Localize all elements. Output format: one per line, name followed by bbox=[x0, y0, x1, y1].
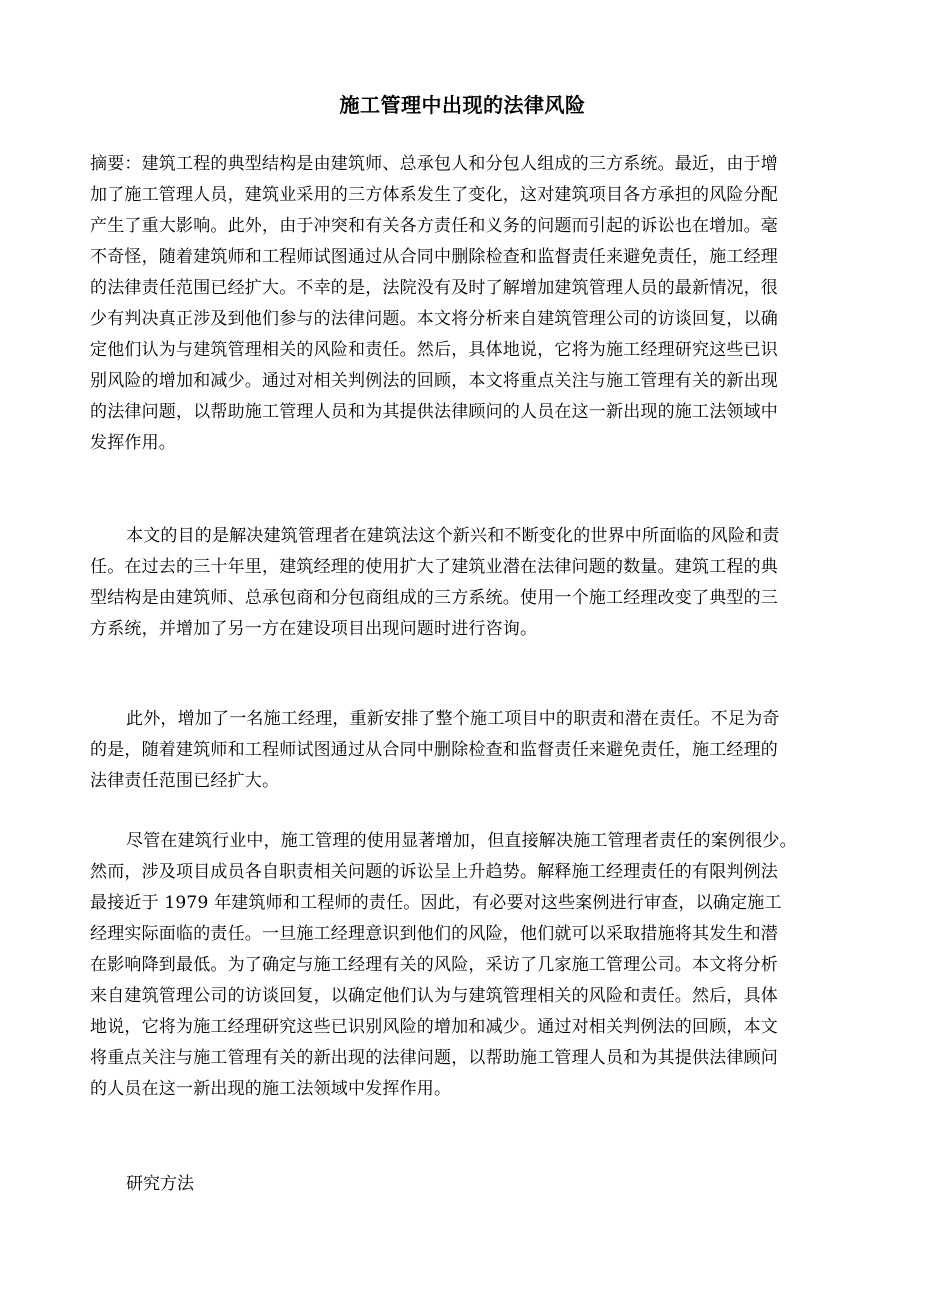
section-heading: 研究方法 bbox=[126, 1169, 194, 1200]
text-line: 在影响降到最低。为了确定与施工经理有关的风险，采访了几家施工管理公司。本文将分析 bbox=[90, 950, 850, 981]
text-line: 定他们认为与建筑管理相关的风险和责任。然后，具体地说，它将为施工经理研究这些已识 bbox=[90, 335, 850, 366]
text-line: 产生了重大影响。此外，由于冲突和有关各方责任和义务的问题而引起的诉讼也在增加。毫 bbox=[90, 211, 850, 242]
document-page: 施工管理中出现的法律风险 摘要：建筑工程的典型结构是由建筑师、总承包人和分包人组… bbox=[0, 0, 925, 1309]
text-line: 最接近于 1979 年建筑师和工程师的责任。因此，有必要对这些案例进行审查，以确… bbox=[90, 888, 850, 919]
text-line: 的法律问题，以帮助施工管理人员和为其提供法律顾问的人员在这一新出现的施工法领域中 bbox=[90, 397, 850, 428]
text-line: 的人员在这一新出现的施工法领域中发挥作用。 bbox=[90, 1074, 850, 1105]
text-line: 别风险的增加和减少。通过对相关判例法的回顾，本文将重点关注与施工管理有关的新出现 bbox=[90, 366, 850, 397]
text-line: 方系统，并增加了另一方在建设项目出现问题时进行咨询。 bbox=[90, 614, 850, 645]
text-line: 的法律责任范围已经扩大。不幸的是，法院没有及时了解增加建筑管理人员的最新情况，很 bbox=[90, 273, 850, 304]
text-line: 加了施工管理人员，建筑业采用的三方体系发生了变化，这对建筑项目各方承担的风险分配 bbox=[90, 180, 850, 211]
text-line: 本文的目的是解决建筑管理者在建筑法这个新兴和不断变化的世界中所面临的风险和责 bbox=[90, 521, 850, 552]
text-line: 此外，增加了一名施工经理，重新安排了整个施工项目中的职责和潜在责任。不足为奇 bbox=[90, 704, 850, 735]
text-line: 法律责任范围已经扩大。 bbox=[90, 766, 850, 797]
text-line: 尽管在建筑行业中，施工管理的使用显著增加，但直接解决施工管理者责任的案例很少。 bbox=[90, 826, 850, 857]
text-line: 然而，涉及项目成员各自职责相关问题的诉讼呈上升趋势。解释施工经理责任的有限判例法 bbox=[90, 857, 850, 888]
body-paragraph-2: 此外，增加了一名施工经理，重新安排了整个施工项目中的职责和潜在责任。不足为奇 的… bbox=[90, 704, 850, 797]
text-line: 不奇怪，随着建筑师和工程师试图通过从合同中删除检查和监督责任来避免责任，施工经理 bbox=[90, 242, 850, 273]
text-line: 地说，它将为施工经理研究这些已识别风险的增加和减少。通过对相关判例法的回顾，本文 bbox=[90, 1012, 850, 1043]
body-paragraph-3: 尽管在建筑行业中，施工管理的使用显著增加，但直接解决施工管理者责任的案例很少。 … bbox=[90, 826, 850, 1105]
text-line: 型结构是由建筑师、总承包商和分包商组成的三方系统。使用一个施工经理改变了典型的三 bbox=[90, 583, 850, 614]
text-line: 来自建筑管理公司的访谈回复，以确定他们认为与建筑管理相关的风险和责任。然后，具体 bbox=[90, 981, 850, 1012]
text-line: 的是，随着建筑师和工程师试图通过从合同中删除检查和监督责任来避免责任，施工经理的 bbox=[90, 735, 850, 766]
text-line: 将重点关注与施工管理有关的新出现的法律问题，以帮助施工管理人员和为其提供法律顾问 bbox=[90, 1043, 850, 1074]
body-paragraph-1: 本文的目的是解决建筑管理者在建筑法这个新兴和不断变化的世界中所面临的风险和责 任… bbox=[90, 521, 850, 645]
text-line: 摘要：建筑工程的典型结构是由建筑师、总承包人和分包人组成的三方系统。最近，由于增 bbox=[90, 149, 850, 180]
text-line: 少有判决真正涉及到他们参与的法律问题。本文将分析来自建筑管理公司的访谈回复，以确 bbox=[90, 304, 850, 335]
text-line: 发挥作用。 bbox=[90, 428, 850, 459]
text-line: 任。在过去的三十年里，建筑经理的使用扩大了建筑业潜在法律问题的数量。建筑工程的典 bbox=[90, 552, 850, 583]
abstract-paragraph: 摘要：建筑工程的典型结构是由建筑师、总承包人和分包人组成的三方系统。最近，由于增… bbox=[90, 149, 850, 459]
text-line: 经理实际面临的责任。一旦施工经理意识到他们的风险，他们就可以采取措施将其发生和潜 bbox=[90, 919, 850, 950]
document-title: 施工管理中出现的法律风险 bbox=[0, 90, 925, 120]
